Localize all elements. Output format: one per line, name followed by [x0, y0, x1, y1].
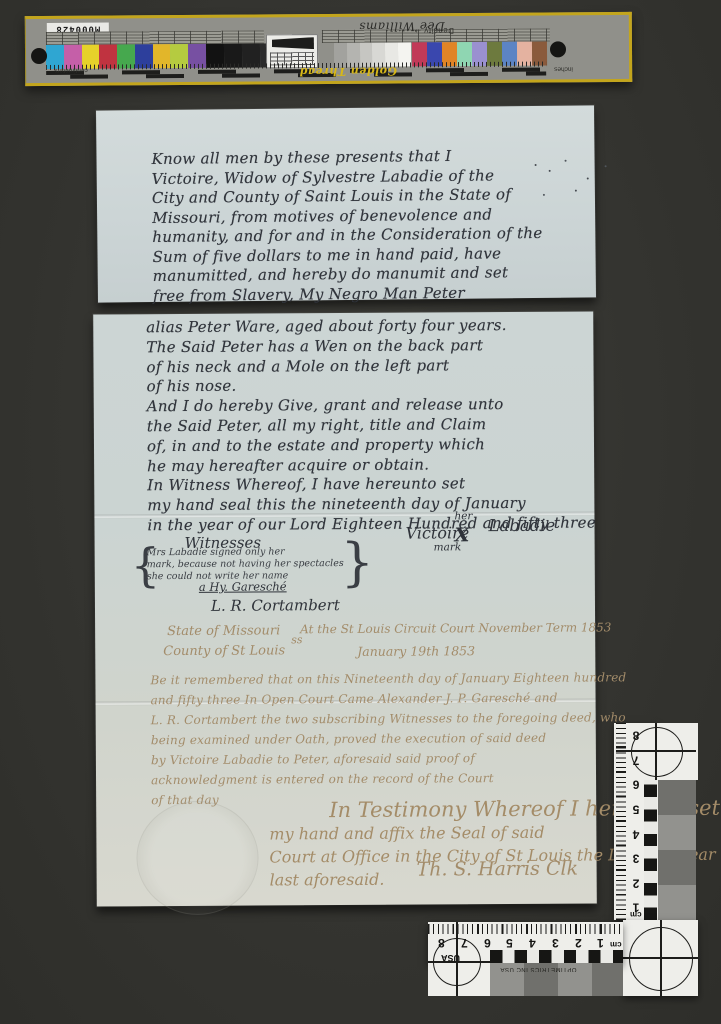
signature-last-name: Labadie	[488, 516, 555, 535]
cm-number: 5	[628, 797, 644, 822]
registration-dot-right	[550, 41, 566, 57]
usa-label: USA	[441, 953, 460, 963]
horizontal-cm-numbers: 87654321	[430, 936, 612, 950]
horizontal-checker-strip	[490, 950, 623, 963]
handwritten-line: In Witness Whereof, I have hereunto set	[147, 474, 596, 497]
cm-number: 7	[453, 936, 476, 950]
inches-label: inches	[554, 65, 573, 72]
venue-state: State of Missouri	[167, 623, 280, 639]
vertical-gray-patches	[658, 780, 696, 920]
cm-number: 6	[628, 772, 644, 797]
handwritten-line: alias Peter Ware, aged about forty four …	[146, 315, 595, 338]
embossed-seal	[136, 801, 259, 916]
cm-number: 3	[628, 846, 644, 871]
handwritten-line: of his nose.	[147, 375, 596, 398]
venue-county: County of St Louis	[163, 643, 285, 659]
document-main-sheet: alias Peter Ware, aged about forty four …	[93, 311, 597, 906]
court-date-line: January 19th 1853	[357, 643, 475, 659]
witness-note: Mrs Labadie signed only hermark, because…	[147, 546, 344, 583]
registration-dot-left	[31, 48, 47, 64]
cm-number: 1	[589, 936, 612, 950]
cm-number: 8	[430, 936, 453, 950]
cm-number: 5	[498, 936, 521, 950]
document-strip-top: Know all men by these presents that IVic…	[96, 105, 596, 302]
vertical-checker-strip	[644, 780, 657, 920]
handwritten-line: my hand seal this the nineteenth day of …	[147, 494, 596, 517]
target-brand-script: Golden Thread	[299, 65, 397, 79]
centimeters-label: centimeters	[54, 67, 88, 74]
cm-number: 2	[567, 936, 590, 950]
right-brace: }	[341, 537, 374, 589]
cm-number: 2	[628, 871, 644, 896]
manumission-paragraph-1: Know all men by these presents that IVic…	[151, 146, 543, 306]
cm-number: 8	[628, 723, 644, 748]
clerk-signature: Th. S. Harris Clk	[417, 858, 579, 881]
color-calibration-target: M000428 Dee Williams Density ➝ centimete…	[25, 12, 632, 86]
vertical-ruler-ticks	[616, 723, 626, 920]
handwritten-line: the Said Peter, all my right, title and …	[147, 414, 596, 437]
note-line: mark, because not having her spectacles	[147, 558, 344, 571]
handwritten-line: he may hereafter acquire or obtain.	[147, 454, 596, 477]
handwritten-line: of his neck and a Mole on the left part	[146, 355, 595, 378]
handwritten-line: The Said Peter has a Wen on the back par…	[146, 335, 595, 358]
cm-number: 4	[628, 822, 644, 847]
density-label: Density ➝	[414, 26, 454, 35]
vertical-cm-numbers: 87654321	[628, 723, 644, 920]
crosshair-line	[655, 723, 657, 780]
cm-unit-label: cm	[630, 910, 642, 919]
cm-unit-label: cm	[610, 940, 622, 949]
faded-line: L. R. Cortambert the two subscribing Wit…	[151, 707, 627, 730]
her-word: her	[454, 510, 472, 522]
attest-signature: a Hy. Garesché	[199, 579, 287, 594]
archival-photograph: M000428 Dee Williams Density ➝ centimete…	[0, 0, 721, 1024]
cm-number: 4	[521, 936, 544, 950]
handwritten-line: of, in and to the estate and property wh…	[147, 434, 596, 457]
mark-word: mark	[434, 541, 462, 553]
crosshair-line	[660, 920, 662, 996]
handwritten-line: free from Slavery, My Negro Man Peter	[153, 282, 543, 306]
handwritten-line: manumitted, and hereby do manumit and se…	[153, 263, 543, 287]
manumission-paragraph-2: alias Peter Ware, aged about forty four …	[146, 315, 596, 536]
cm-number: 6	[476, 936, 499, 950]
scale-maker-label: OPTIMETRICS INC USA	[500, 966, 577, 972]
handwritten-line: And I do hereby Give, grant and release …	[147, 395, 596, 418]
court-record-paragraph: Be it remembered that on this Nineteenth…	[150, 667, 627, 810]
cm-number: 7	[628, 748, 644, 773]
cm-number: 3	[544, 936, 567, 950]
resolution-wedge	[272, 37, 314, 49]
witness-signature: L. R. Cortambert	[211, 596, 340, 615]
court-term-line: At the St Louis Circuit Court November T…	[300, 620, 611, 636]
